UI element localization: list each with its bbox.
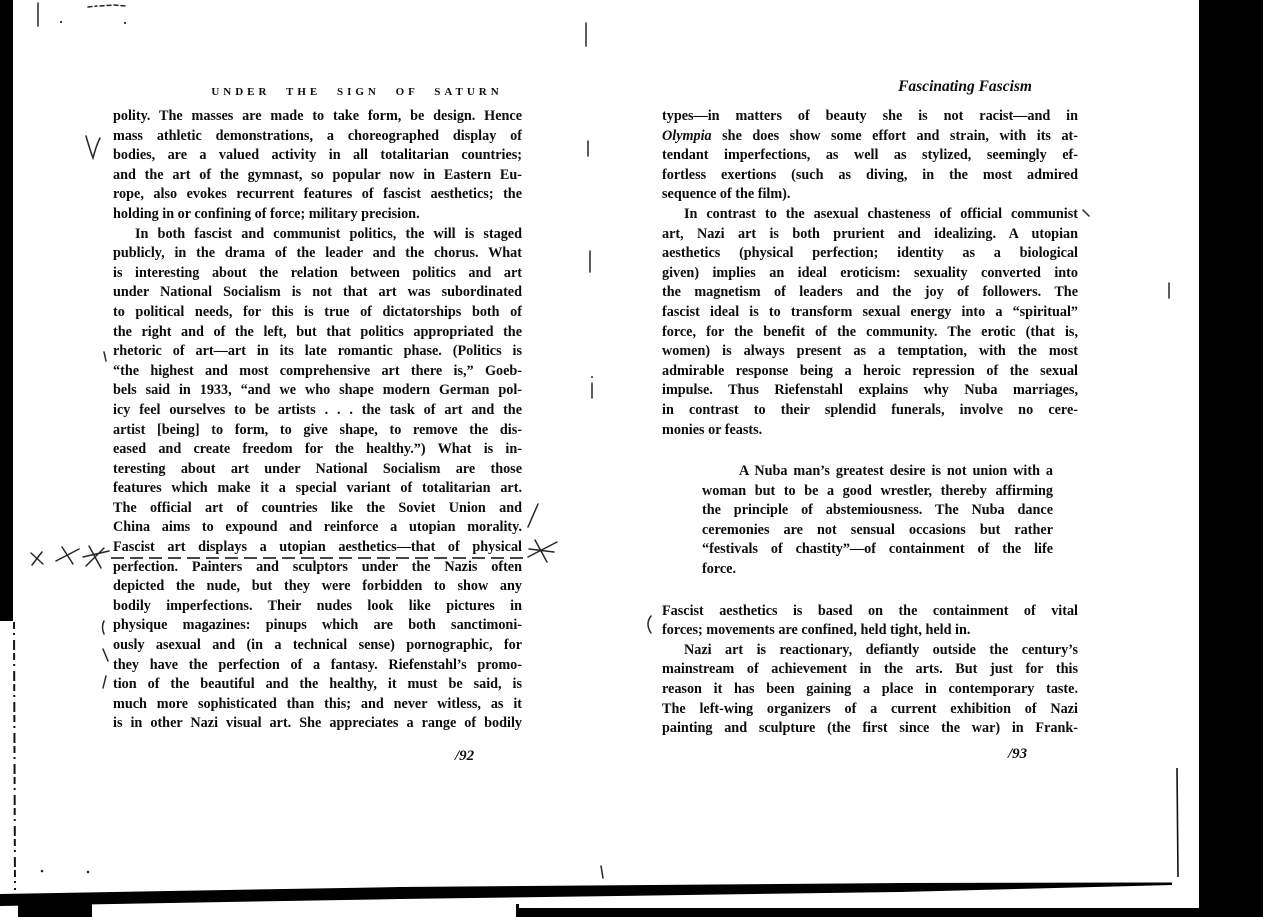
text-line: physique magazines: pinups which are bot…	[113, 616, 522, 636]
pencil-paren-tick-icon	[648, 616, 651, 633]
pencil-gutter-tick-marks	[586, 23, 603, 878]
text-line: Nazi art is reactionary, defiantly outsi…	[662, 641, 1078, 661]
text-line: admirable response being a heroic repres…	[662, 362, 1078, 382]
text-line: and the art of the gymnast, so popular n…	[113, 166, 522, 186]
text-line: tion of the beautiful and the healthy, i…	[113, 675, 522, 695]
scanner-edge-bottom-strip	[517, 908, 1263, 917]
left-edge-ragged-line	[14, 622, 15, 890]
text-line: A Nuba man’s greatest desire is not unio…	[702, 462, 1053, 482]
text-line: tendant imperfections, as well as styliz…	[662, 146, 1078, 166]
text-line: they have the perfection of a fantasy. R…	[113, 656, 522, 676]
text-line: ceremonies are not sensual occasions but…	[702, 521, 1053, 541]
paragraph-gap	[662, 580, 1078, 602]
text-line: holding in or confining of force; milita…	[113, 205, 522, 225]
text-line: to political needs, for this is true of …	[113, 303, 522, 323]
text-line: “festivals of chastity”—of containment o…	[702, 540, 1053, 560]
text-line: Fascist aesthetics is based on the conta…	[662, 602, 1078, 622]
text-line: woman but to be a good wrestler, thereby…	[702, 482, 1053, 502]
text-line: The official art of countries like the S…	[113, 499, 522, 519]
text-line: fortless exertions (such as diving, in t…	[662, 166, 1078, 186]
text-line: the magnetism of leaders and the joy of …	[662, 283, 1078, 303]
text-line: mainstream of achievement in the arts. B…	[662, 660, 1078, 680]
text-line: rhetoric of art—art in its late romantic…	[113, 342, 522, 362]
text-line: icy feel ourselves to be artists . . . t…	[113, 401, 522, 421]
text-line: rope, also evokes recurrent features of …	[113, 185, 522, 205]
text-line: “the highest and most comprehensive art …	[113, 362, 522, 382]
text-line: in contrast to their splendid funerals, …	[662, 401, 1078, 421]
text-line: polity. The masses are made to take form…	[113, 107, 522, 127]
pencil-top-left-scribble-mark	[38, 3, 126, 26]
text-line: artist [being] to form, to give shape, t…	[113, 421, 522, 441]
text-line: under National Socialism is not that art…	[113, 283, 522, 303]
text-line: In contrast to the asexual chasteness of…	[662, 205, 1078, 225]
page-edge-line-bottom-right	[1177, 768, 1178, 877]
text-line: much more sophisticated than this; and n…	[113, 695, 522, 715]
italic-text-segment: Olympia	[662, 128, 712, 144]
text-line: bodies, are a valued activity in all tot…	[113, 146, 522, 166]
text-segment: she does show some effort and strain, wi…	[712, 128, 1078, 144]
text-line: aesthetics (physical perfection; identit…	[662, 244, 1078, 264]
text-line: art, Nazi art is both prurient and ideal…	[662, 225, 1078, 245]
text-line: reason it has been gaining a place in co…	[662, 680, 1078, 700]
text-line: Olympia she does show some effort and st…	[662, 127, 1078, 147]
text-line: forces; movements are confined, held tig…	[662, 621, 1078, 641]
text-line: the principle of abstemiousness. The Nub…	[702, 501, 1053, 521]
pencil-checkmark-icon	[86, 136, 100, 158]
text-line: given) implies an ideal eroticism: sexua…	[662, 264, 1078, 284]
text-line: is interesting about the relation betwee…	[113, 264, 522, 284]
text-line: mass athletic demonstrations, a choreogr…	[113, 127, 522, 147]
text-line: teresting about art under National Socia…	[113, 460, 522, 480]
text-line: fascist ideal is to transform sexual ene…	[662, 303, 1078, 323]
text-line: publicly, in the drama of the leader and…	[113, 244, 522, 264]
scanner-edge-bottom-left-block	[18, 904, 92, 917]
text-line: the right and of the left, but that poli…	[113, 323, 522, 343]
text-line: ously asexual and (in a technical sense)…	[113, 636, 522, 656]
text-line: force, for the benefit of the community.…	[662, 323, 1078, 343]
text-line: monies or feasts.	[662, 421, 1078, 441]
text-line: is in other Nazi visual art. She appreci…	[113, 714, 522, 734]
left-page-text-column: polity. The masses are made to take form…	[113, 107, 522, 734]
text-line: bodily imperfections. Their nudes look l…	[113, 597, 522, 617]
text-line: impulse. Thus Riefenstahl explains why N…	[662, 381, 1078, 401]
text-line: types—in matters of beauty she is not ra…	[662, 107, 1078, 127]
text-line: perfection. Painters and sculptors under…	[113, 558, 522, 578]
text-line: painting and sculpture (the first since …	[662, 719, 1078, 739]
text-line: In both fascist and communist politics, …	[113, 225, 522, 245]
page-bottom-shadow-bar	[0, 883, 1172, 907]
scanner-edge-left-bar	[0, 0, 13, 621]
scanned-book-spread: UNDER THE SIGN OF SATURN polity. The mas…	[0, 0, 1263, 917]
text-line: sequence of the film).	[662, 185, 1078, 205]
bottom-strip-tick	[516, 904, 519, 917]
page-number-left: /92	[455, 748, 474, 765]
page-number-right: /93	[1008, 746, 1027, 763]
pencil-x-marks-icon	[31, 546, 109, 568]
scanner-edge-right-bar	[1199, 0, 1263, 917]
pencil-asterisk-mark-icon	[528, 540, 557, 562]
text-line: eased and create freedom for the healthy…	[113, 440, 522, 460]
running-head-left: UNDER THE SIGN OF SATURN	[196, 86, 518, 98]
text-line: features which make it a special variant…	[113, 479, 522, 499]
right-page-text-column: types—in matters of beauty she is not ra…	[662, 107, 1078, 739]
text-line: China aims to expound and reinforce a ut…	[113, 518, 522, 538]
text-line: Fascist art displays a utopian aesthetic…	[113, 538, 522, 558]
text-line: depicted the nude, but they were forbidd…	[113, 577, 522, 597]
text-line: bels said in 1933, “and we who shape mod…	[113, 381, 522, 401]
running-head-right: Fascinating Fascism	[690, 78, 1032, 96]
pencil-slash-mark-icon	[528, 504, 538, 527]
text-line: The left-wing organizers of a current ex…	[662, 700, 1078, 720]
paragraph-gap	[662, 440, 1078, 462]
text-line: force.	[702, 560, 1053, 580]
text-line: women) is always present as a temptation…	[662, 342, 1078, 362]
